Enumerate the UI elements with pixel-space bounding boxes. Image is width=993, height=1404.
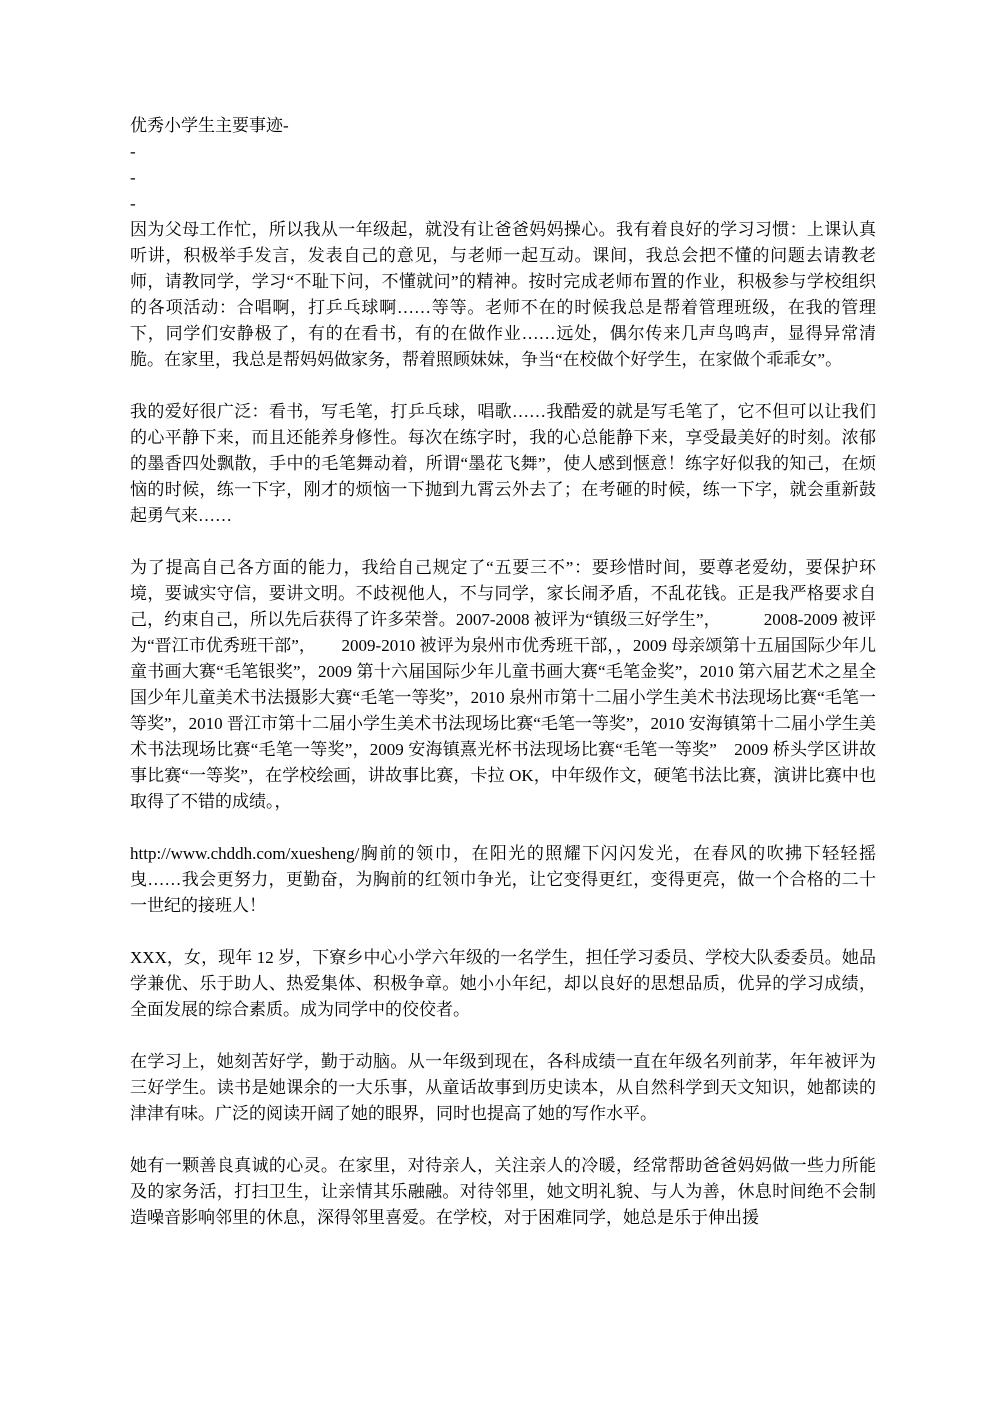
paragraph-awards: 为了提高自己各方面的能力，我给自己规定了“五要三不”：要珍惜时间，要尊老爱幼，要…	[130, 555, 876, 815]
paragraph-study-performance: 在学习上，她刻苦好学，勤于动脑。从一年级到现在，各科成绩一直在年级名列前茅，年年…	[130, 1049, 876, 1127]
dash-line: -	[130, 139, 876, 165]
paragraph-kind-heart: 她有一颗善良真诚的心灵。在家里，对待亲人，关注亲人的冷暖，经常帮助爸爸妈妈做一些…	[130, 1153, 876, 1231]
paragraph-red-scarf: http://www.chddh.com/xuesheng/胸前的领巾，在阳光的…	[130, 841, 876, 919]
dash-line: -	[130, 191, 876, 217]
paragraph-student-intro: XXX，女，现年 12 岁，下寮乡中心小学六年级的一名学生，担任学习委员、学校大…	[130, 945, 876, 1023]
document-page: 优秀小学生主要事迹- - - - 因为父母工作忙，所以我从一年级起，就没有让爸爸…	[0, 0, 993, 1404]
document-title: 优秀小学生主要事迹-	[130, 113, 876, 139]
dash-line: -	[130, 165, 876, 191]
paragraph-hobbies: 我的爱好很广泛：看书，写毛笔，打乒乓球，唱歌……我酷爱的就是写毛笔了，它不但可以…	[130, 399, 876, 529]
paragraph-study-habits: 因为父母工作忙，所以我从一年级起，就没有让爸爸妈妈操心。我有着良好的学习习惯：上…	[130, 217, 876, 373]
